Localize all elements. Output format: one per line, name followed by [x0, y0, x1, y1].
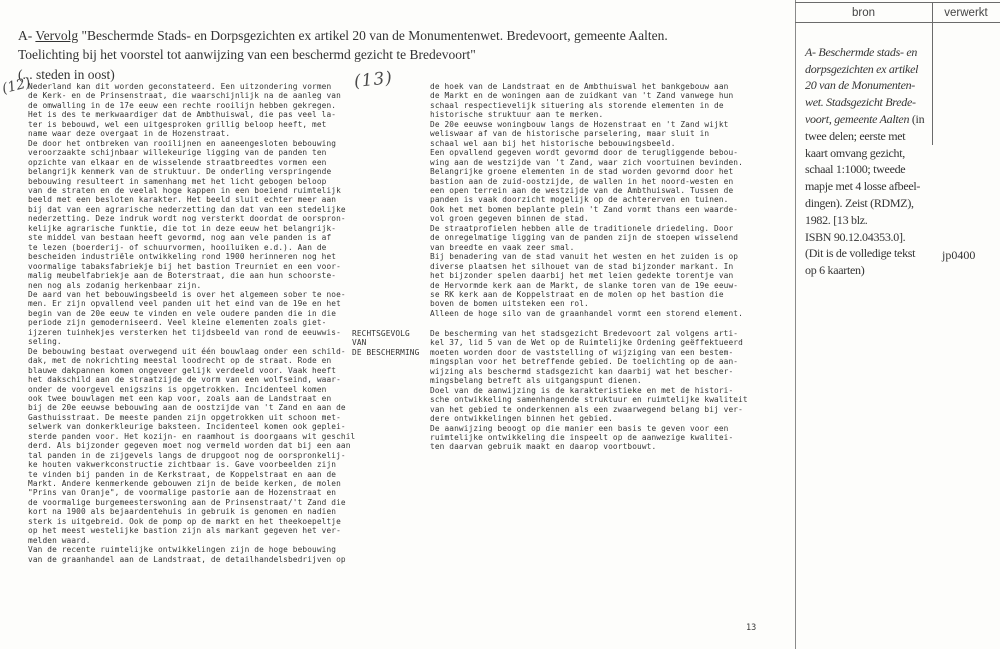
title-prefix: A- [18, 28, 35, 43]
scanned-document-page: A- Vervolg "Beschermde Stads- en Dorpsge… [0, 0, 1000, 649]
right-column-text-top: de hoek van de Landstraat en de Ambthuis… [430, 82, 792, 318]
page-number: 13 [746, 623, 756, 633]
title-rest: "Beschermde Stads- en Dorpsgezichten ex … [18, 28, 668, 82]
source-entry-details: (in twee delen; eerste met kaart omvang … [805, 112, 924, 277]
margin-section-label: RECHTSGEVOLG VAN DE BESCHERMING [352, 329, 428, 357]
right-column-text-bottom: De bescherming van het stadsgezicht Bred… [430, 329, 792, 452]
document-title: A- Vervolg "Beschermde Stads- en Dorpsge… [18, 6, 780, 84]
column-header-bron: bron [795, 4, 932, 22]
card-header-rule [795, 22, 1000, 23]
card-top-border [795, 2, 1000, 3]
source-card: bron verwerkt A- Beschermde stads- en do… [795, 0, 1000, 649]
left-column-text: Nederland kan dit worden geconstateerd. … [28, 82, 364, 564]
column-header-verwerkt: verwerkt [932, 4, 1000, 22]
title-underlined-word: Vervolg [35, 28, 78, 43]
card-left-border [795, 0, 796, 649]
source-code: jp0400 [942, 248, 975, 263]
source-entry-title: A- Beschermde stads- en dorpsgezichten e… [805, 45, 918, 126]
source-entry: A- Beschermde stads- en dorpsgezichten e… [805, 27, 947, 279]
